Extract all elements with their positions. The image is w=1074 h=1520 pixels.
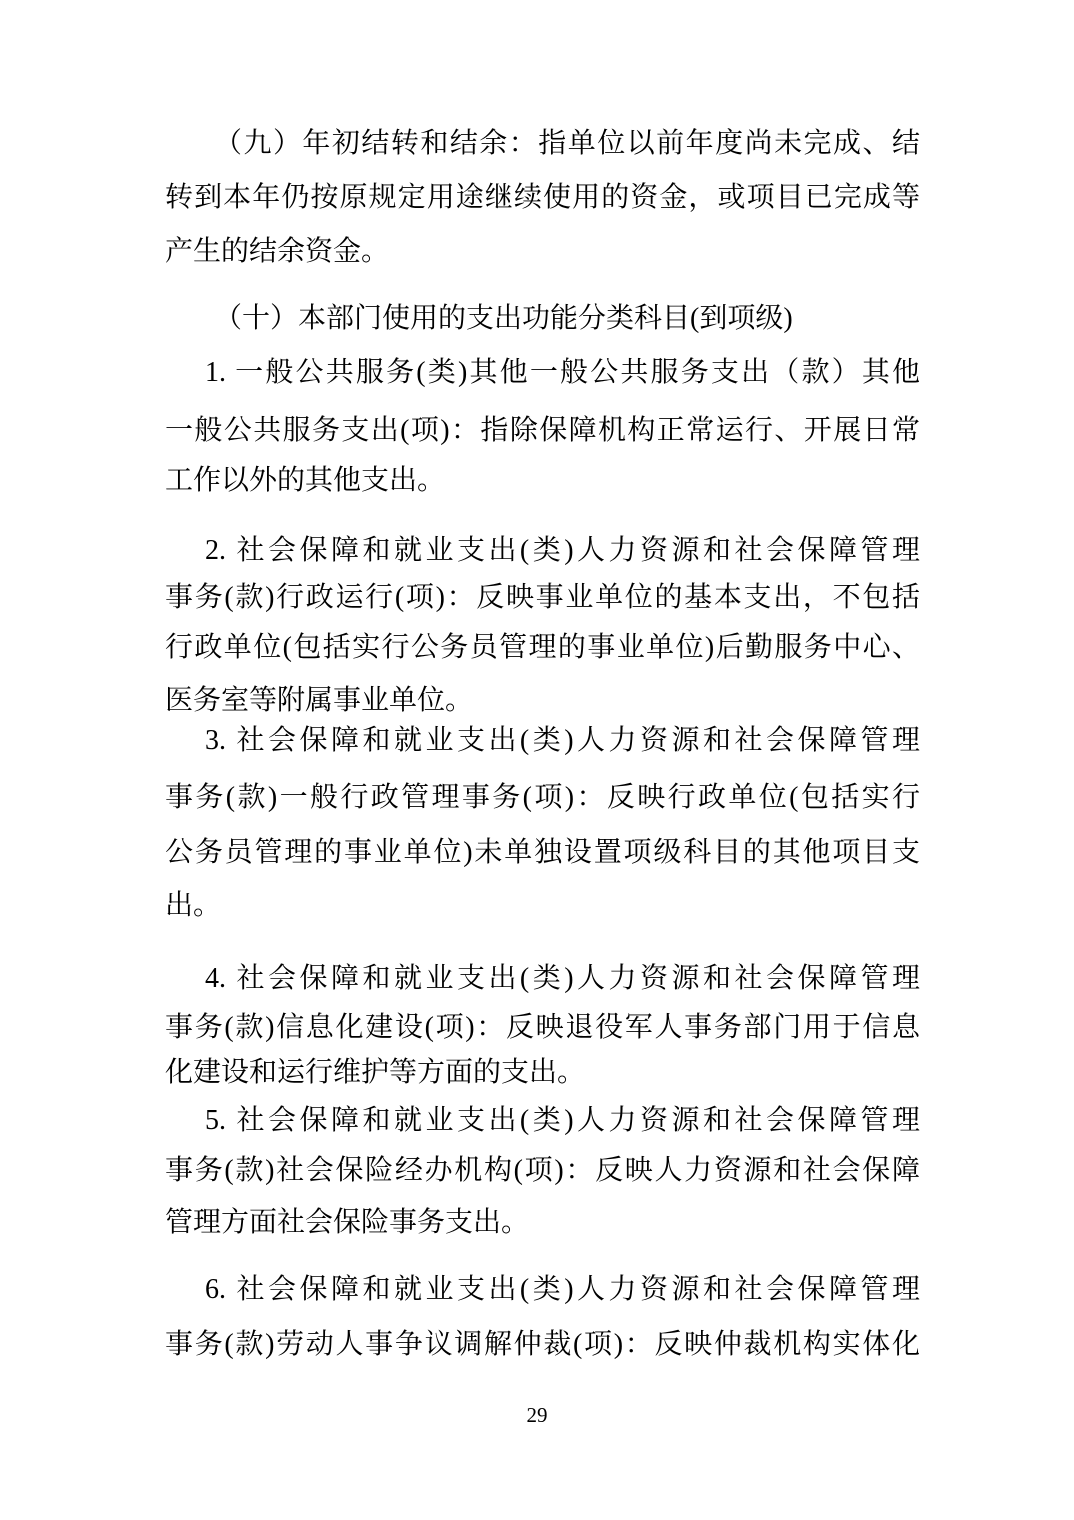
- text-line: 事务(款)社会保险经办机构(项)：反映人力资源和社会保障: [165, 1151, 920, 1191]
- text-line: 2. 社会保障和就业支出(类)人力资源和社会保障管理: [205, 531, 920, 571]
- text-line: 医务室等附属事业单位。: [165, 681, 473, 721]
- text-line: 行政单位(包括实行公务员管理的事业单位)后勤服务中心、: [165, 628, 920, 668]
- text-line: 事务(款)一般行政管理事务(项)：反映行政单位(包括实行: [165, 778, 920, 818]
- text-line: 产生的结余资金。: [165, 232, 389, 272]
- text-line: 事务(款)行政运行(项)：反映事业单位的基本支出，不包括: [165, 578, 920, 618]
- text-line: 4. 社会保障和就业支出(类)人力资源和社会保障管理: [205, 959, 920, 999]
- page-number: 29: [0, 1402, 1074, 1428]
- document-page: （九）年初结转和结余：指单位以前年度尚未完成、结 转到本年仍按原规定用途继续使用…: [0, 0, 1074, 1520]
- text-line: 1. 一般公共服务(类)其他一般公共服务支出（款）其他: [205, 353, 920, 393]
- text-line: 5. 社会保障和就业支出(类)人力资源和社会保障管理: [205, 1101, 920, 1141]
- text-line: 公务员管理的事业单位)未单独设置项级科目的其他项目支: [165, 833, 920, 873]
- text-line: 管理方面社会保险事务支出。: [165, 1203, 529, 1243]
- text-line: 化建设和运行维护等方面的支出。: [165, 1053, 585, 1093]
- text-line: 转到本年仍按原规定用途继续使用的资金，或项目已完成等: [165, 178, 920, 218]
- text-line: 出。: [165, 886, 221, 926]
- section-heading: （十）本部门使用的支出功能分类科目(到项级): [214, 299, 793, 339]
- text-line: 6. 社会保障和就业支出(类)人力资源和社会保障管理: [205, 1270, 920, 1310]
- text-line: 3. 社会保障和就业支出(类)人力资源和社会保障管理: [205, 721, 920, 761]
- text-line: 工作以外的其他支出。: [165, 461, 445, 501]
- text-line: （九）年初结转和结余：指单位以前年度尚未完成、结: [214, 124, 920, 164]
- text-line: 一般公共服务支出(项)：指除保障机构正常运行、开展日常: [165, 411, 920, 451]
- text-line: 事务(款)信息化建设(项)：反映退役军人事务部门用于信息: [165, 1008, 920, 1048]
- text-line: 事务(款)劳动人事争议调解仲裁(项)：反映仲裁机构实体化: [165, 1325, 920, 1365]
